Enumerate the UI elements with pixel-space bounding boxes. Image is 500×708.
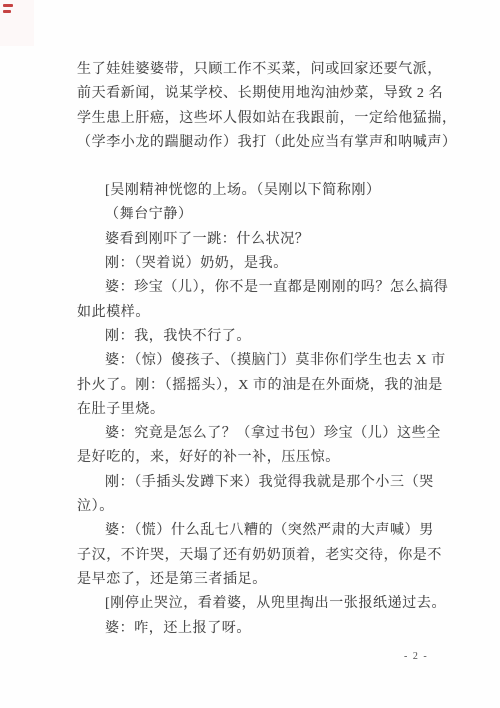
script-line: 是好吃的，来，好好的补一补，压压惊。 <box>77 446 433 470</box>
red-mark-bar <box>3 10 11 13</box>
document-page: 生了娃娃婆婆带，只顾工作不买菜，问或回家还要气派， 前天看新闻，说某学校、长期使… <box>0 0 500 708</box>
script-line: 如此模样。 <box>77 301 433 325</box>
script-line: 前天看新闻，说某学校、长期使用地沟油炒菜，导致 2 名 <box>77 82 433 106</box>
script-line: 婆：究竟是怎么了？（拿过书包）珍宝（儿）这些全 <box>77 422 433 446</box>
red-mark-bar <box>3 4 13 7</box>
script-line: 婆：（惊）傻孩子、（摸脑门）莫非你们学生也去 X 市 <box>77 349 433 373</box>
script-line: 泣）。 <box>77 495 433 519</box>
script-line: 子汉，不许哭，天塌了还有奶奶顶着，老实交待，你是不 <box>77 544 433 568</box>
script-line: 刚：我，我快不行了。 <box>77 325 433 349</box>
script-line-stage-direction: [吴刚精神恍惚的上场。（吴刚以下简称刚） <box>77 179 433 203</box>
script-line: 学生患上肝癌，这些坏人假如站在我跟前，一定给他猛揣， <box>77 107 433 131</box>
script-line: 是早恋了，还是第三者插足。 <box>77 568 433 592</box>
script-line-stage-direction: （舞台宁静） <box>77 203 433 227</box>
page-number: - 2 - <box>404 651 428 662</box>
script-line: 扑火了。刚：（摇摇头），X 市的油是在外面烧，我的油是 <box>77 374 433 398</box>
script-line: 婆：咋，还上报了呀。 <box>77 617 433 641</box>
script-line: 婆：（慌）什么乱七八糟的（突然严肃的大声喊）男 <box>77 519 433 543</box>
script-line: 生了娃娃婆婆带，只顾工作不买菜，问或回家还要气派， <box>77 58 433 82</box>
script-line: （学李小龙的踹腿动作）我打（此处应当有掌声和呐喊声） <box>77 131 433 155</box>
script-line: 在肚子里烧。 <box>77 398 433 422</box>
script-line: 婆：珍宝（儿），你不是一直都是刚刚的吗？怎么搞得 <box>77 276 433 300</box>
script-line-stage-direction: [刚停止哭泣，看着婆，从兜里掏出一张报纸递过去。 <box>77 592 433 616</box>
script-line: 刚：（手插头发蹲下来）我觉得我就是那个小三（哭 <box>77 471 433 495</box>
script-line: 刚：（哭着说）奶奶，是我。 <box>77 252 433 276</box>
script-text-block: 生了娃娃婆婆带，只顾工作不买菜，问或回家还要气派， 前天看新闻，说某学校、长期使… <box>77 58 433 641</box>
script-line: 婆看到刚吓了一跳：什么状况？ <box>77 228 433 252</box>
red-corner-mark-icon <box>3 3 14 15</box>
